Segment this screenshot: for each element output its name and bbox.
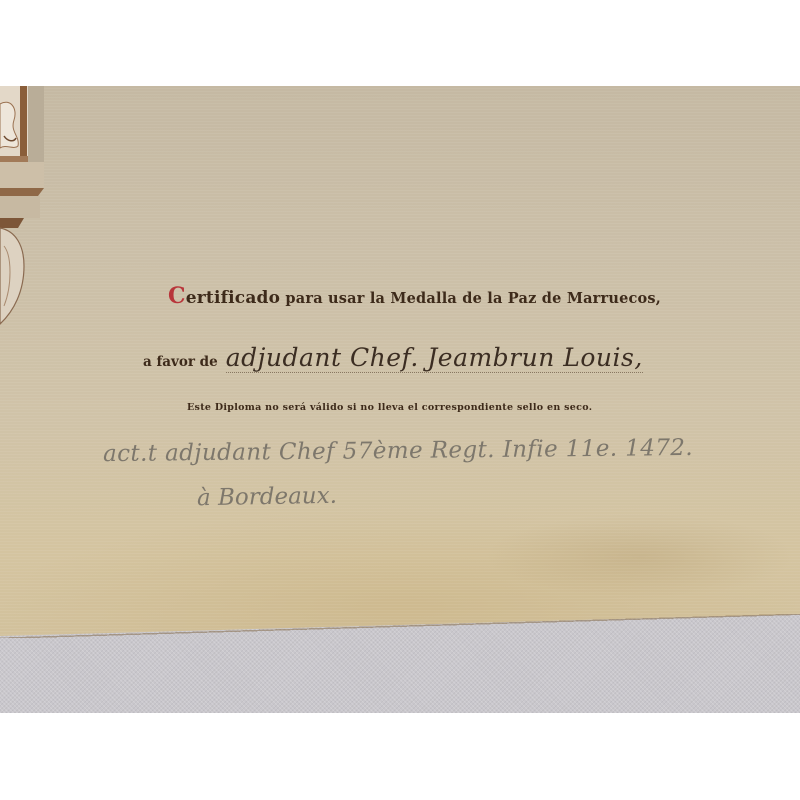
- pencil-annotation-line-2: à Bordeaux.: [197, 483, 337, 511]
- title-dropcap: C: [168, 283, 186, 309]
- title-rest: para usar la Medalla de la Paz de Marrue…: [280, 290, 661, 307]
- favor-prefix: a favor de: [143, 354, 218, 370]
- carved-border-ornament-icon: [0, 86, 50, 326]
- certificate-photo: Certificado para usar la Medalla de la P…: [0, 0, 800, 800]
- certificate-title: Certificado para usar la Medalla de la P…: [168, 283, 661, 309]
- recipient-line: a favor deadjudant Chef. Jeambrun Louis,: [143, 343, 643, 372]
- title-word: ertificado: [186, 288, 280, 308]
- recipient-name-handwritten: adjudant Chef. Jeambrun Louis,: [226, 343, 643, 373]
- validity-notice: Este Diploma no será válido si no lleva …: [187, 402, 592, 413]
